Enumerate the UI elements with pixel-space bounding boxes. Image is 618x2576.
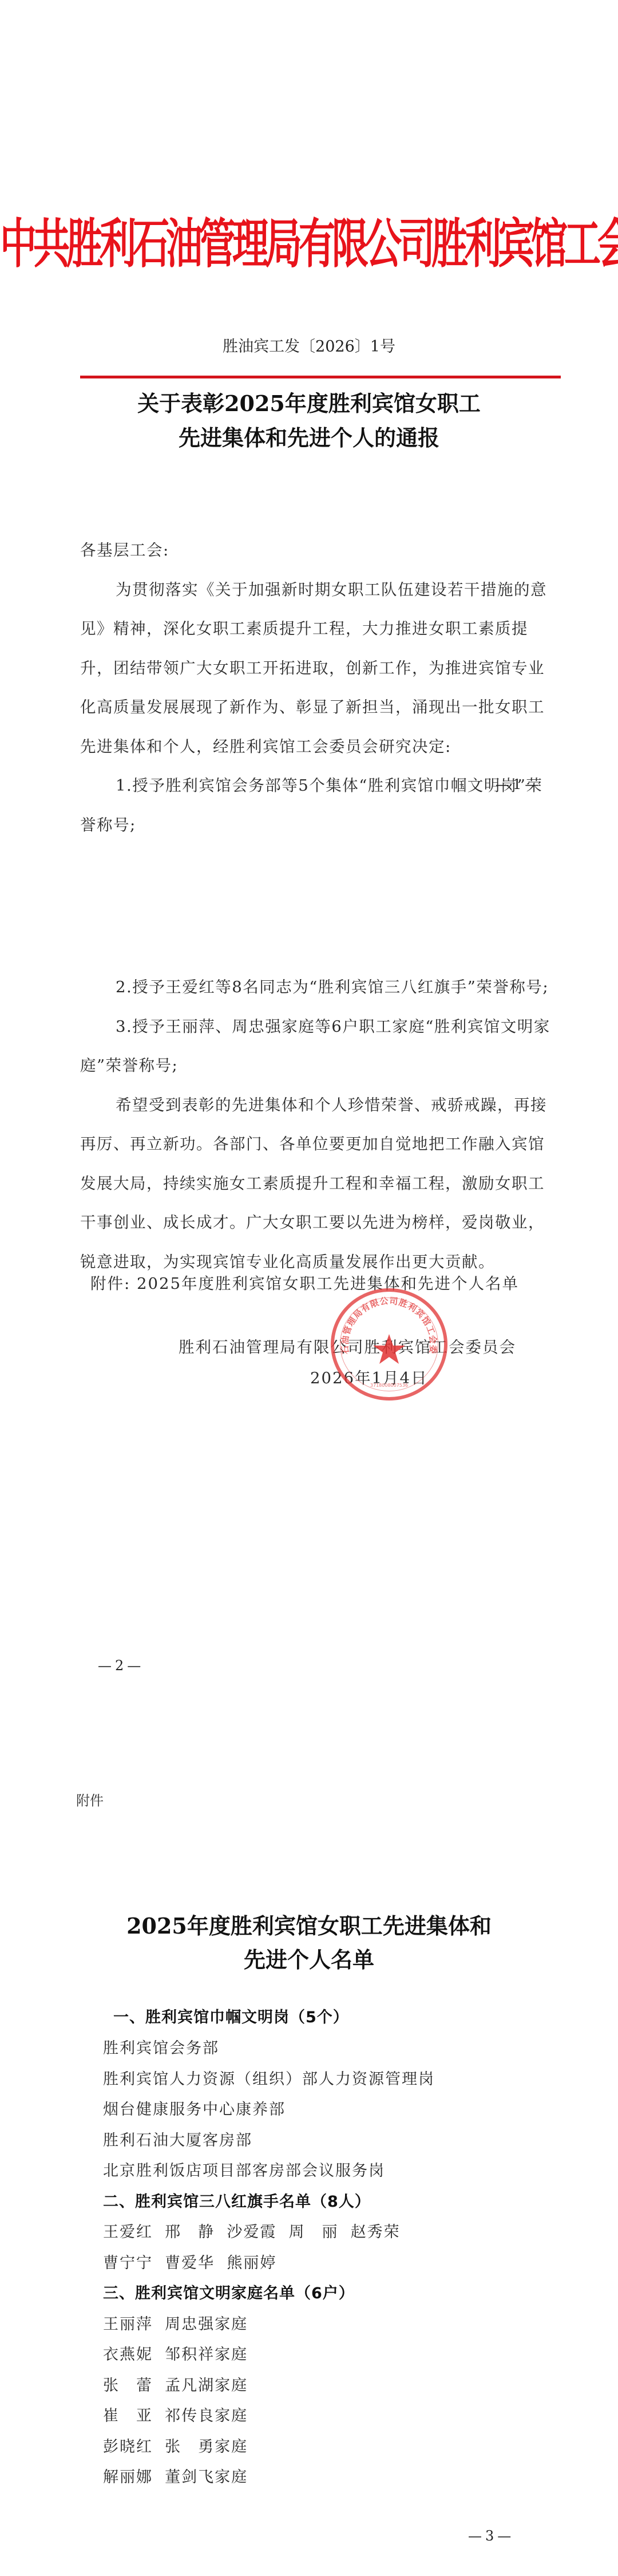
decision-item-2: 2.授予王爱红等8名同志为“胜利宾馆三八红旗手”荣誉称号; [80,968,556,1007]
intro-paragraph: 为贯彻落实《关于加强新时期女职工队伍建设若干措施的意见》精神，深化女职工素质提升… [80,570,556,767]
official-seal-stamp: 胜利石油管理局有限公司胜利宾馆工会委员会 3718008007536 [331,1288,447,1401]
page-number-1: —1— [496,776,542,792]
page-number-2: —2— [98,1658,144,1674]
list-item: 解丽娜 董剑飞家庭 [103,2462,538,2493]
list-item: 王爱红 邢 静 沙爱霞 周 丽 赵秀荣 [103,2217,538,2248]
seal-star-icon: 胜利石油管理局有限公司胜利宾馆工会委员会 3718008007536 [334,1292,444,1397]
notice-body-page1: 各基层工会: 为贯彻落实《关于加强新时期女职工队伍建设若干措施的意见》精神，深化… [80,531,556,845]
decision-item-3: 3.授予王丽萍、周忠强家庭等6户职工家庭“胜利宾馆文明家庭”荣誉称号; [80,1007,556,1086]
attachment-label: 附件 [76,1789,104,1809]
masthead-title: 中共胜利石油管理局有限公司胜利宾馆工会委员会 [0,202,618,278]
decision-item-1: 1.授予胜利宾馆会务部等5个集体“胜利宾馆巾帼文明岗”荣誉称号; [80,766,556,845]
notice-title-line-2: 先进集体和先进个人的通报 [0,421,618,455]
section-heading: 三、胜利宾馆文明家庭名单（6户） [103,2278,538,2309]
list-item: 张 蕾 孟凡湖家庭 [103,2370,538,2401]
list-item: 王丽萍 周忠强家庭 [103,2309,538,2340]
list-item: 曹宁宁 曹爱华 熊丽婷 [103,2248,538,2279]
salutation: 各基层工会: [80,531,556,570]
attachment-title-line-1: 2025年度胜利宾馆女职工先进集体和 [0,1910,618,1943]
document-number: 胜油宾工发〔2026〕1号 [0,334,618,356]
section-heading: 二、胜利宾馆三八红旗手名单（8人） [103,2187,538,2218]
list-item: 衣燕妮 邹积祥家庭 [103,2340,538,2370]
notice-body-page2: 2.授予王爱红等8名同志为“胜利宾馆三八红旗手”荣誉称号; 3.授予王丽萍、周忠… [80,968,556,1281]
list-item: 彭晓红 张 勇家庭 [103,2432,538,2463]
list-item: 胜利宾馆人力资源（组织）部人力资源管理岗 [103,2064,538,2095]
list-item: 烟台健康服务中心康养部 [103,2094,538,2125]
attachment-reference: 附件: 2025年度胜利宾馆女职工先进集体和先进个人名单 [90,1271,519,1293]
list-item: 胜利宾馆会务部 [103,2033,538,2064]
list-item: 胜利石油大厦客房部 [103,2125,538,2156]
page-number-3: —3— [468,2528,514,2544]
section-1-list: 胜利宾馆会务部 胜利宾馆人力资源（组织）部人力资源管理岗 烟台健康服务中心康养部… [103,2033,538,2493]
list-item: 北京胜利饭店项目部客房部会议服务岗 [103,2156,538,2187]
section-1-heading: 一、胜利宾馆巾帼文明岗（5个） [113,2002,548,2033]
red-divider-line [80,376,561,378]
closing-paragraph: 希望受到表彰的先进集体和个人珍惜荣誉、戒骄戒躁，再接再厉、再立新功。各部门、各单… [80,1086,556,1282]
svg-text:3718008007536: 3718008007536 [370,1383,408,1388]
section-heading: 一、胜利宾馆巾帼文明岗（5个） [113,2002,548,2033]
list-item: 崔 亚 祁传良家庭 [103,2401,538,2432]
attachment-title-line-2: 先进个人名单 [0,1943,618,1977]
notice-title-line-1: 关于表彰2025年度胜利宾馆女职工 [0,387,618,420]
